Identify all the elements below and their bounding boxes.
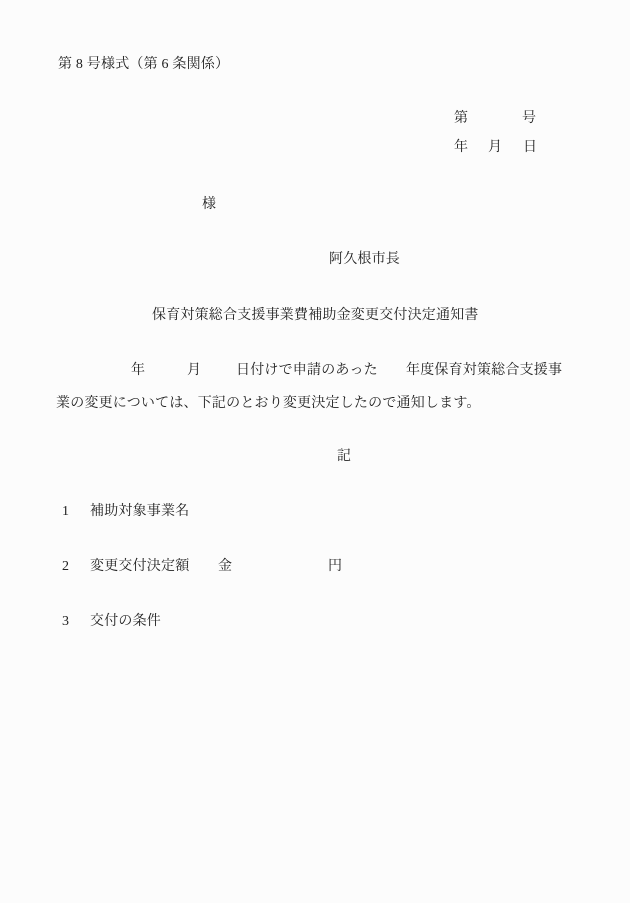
record-marker: 記 [337, 448, 351, 465]
item-2-amount-prefix: 金 [218, 558, 232, 575]
doc-number-suffix: 号 [522, 110, 536, 127]
item-1-label: 補助対象事業名 [90, 503, 189, 520]
item-3-label: 交付の条件 [90, 613, 161, 630]
item-2-label: 変更交付決定額 [90, 558, 189, 575]
body-line2-text: 業の変更については、下記のとおり変更決定したので通知します。 [56, 395, 481, 412]
date-year-label: 年 [454, 139, 468, 156]
item-3-number: 3 [62, 613, 69, 630]
doc-number-prefix: 第 [454, 110, 468, 127]
issuer-name: 阿久根市長 [329, 251, 400, 268]
body-month-label: 月 [187, 362, 201, 379]
form-number-label: 第 8 号様式（第 6 条関係） [58, 56, 229, 73]
item-2-number: 2 [62, 558, 69, 575]
body-year-label: 年 [131, 362, 145, 379]
date-month-label: 月 [488, 139, 502, 156]
date-day-label: 日 [523, 139, 537, 156]
body-fiscal-year-text: 年度保育対策総合支援事 [406, 362, 562, 379]
item-1-number: 1 [62, 503, 69, 520]
item-2-amount-suffix: 円 [328, 558, 342, 575]
body-applied-text: 日付けで申請のあった [236, 362, 378, 379]
document-title: 保育対策総合支援事業費補助金変更交付決定通知書 [152, 307, 479, 324]
document-page: 第 8 号様式（第 6 条関係） 第 号 年 月 日 様 阿久根市長 保育対策総… [0, 0, 630, 903]
addressee-honorific: 様 [202, 196, 216, 213]
